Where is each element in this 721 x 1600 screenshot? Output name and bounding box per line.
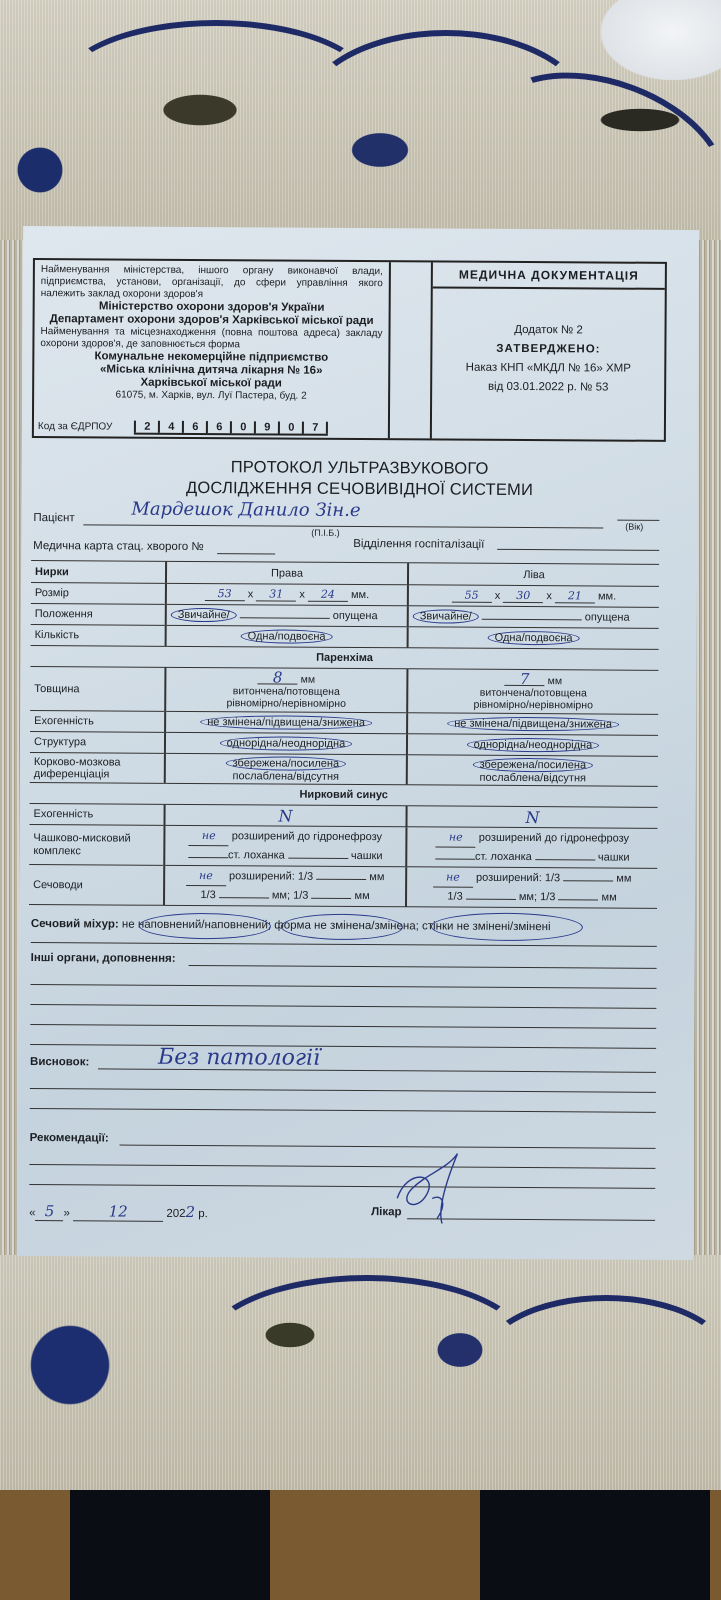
table-row: Чашково-мисковий комплекс не розширений … (29, 824, 657, 868)
appendix-label: Додаток № 2 (432, 320, 664, 340)
left-size[interactable]: 55 х 30 х 21 мм. (408, 585, 659, 608)
left-cls[interactable]: не розширений до гідронефрозу ст. лоханк… (406, 827, 657, 869)
left-count-option[interactable]: Одна/подвоєна (488, 631, 580, 646)
right-sinus-echo[interactable]: N (278, 806, 292, 825)
fabric-background-top (0, 0, 721, 240)
times-sign: х (299, 589, 305, 601)
year-prefix: 202 (166, 1208, 185, 1220)
edrpou-digit: 6 (206, 421, 230, 433)
approved-label: ЗАТВЕРДЖЕНО: (432, 339, 664, 359)
calyces-label: чашки (598, 851, 630, 863)
pelvis-label: ст. лоханка (475, 851, 532, 863)
plastic-bag (601, 0, 721, 80)
right-position[interactable]: Звичайне/ опущена (166, 604, 408, 626)
ureter-third: 1/3 (447, 891, 462, 903)
bladder-label: Сечовий міхур: (31, 918, 119, 931)
cm-diff-label-2: диференціація (34, 768, 160, 781)
ureter-third: мм; 1/3 (272, 889, 309, 901)
table-row: Сечоводи не розширений: 1/3 мм 1/3 мм; 1… (29, 864, 657, 908)
order-date: від 03.01.2022 р. № 53 (432, 377, 664, 397)
left-ureter-value[interactable]: не (433, 868, 473, 887)
structure-label: Структура (30, 731, 165, 753)
ureter-third: мм; 1/3 (519, 891, 556, 903)
count-label: Кількість (31, 624, 166, 646)
position-normal-option[interactable]: Звичайне/ (171, 608, 237, 622)
right-cls-value[interactable]: не (189, 827, 229, 846)
cm-diff-options-2: послаблена/відсутня (170, 769, 402, 782)
right-size-length[interactable]: 53 (205, 587, 245, 601)
unit-label: мм (354, 890, 369, 902)
order-label: Наказ КНП «МКДЛ № 16» ХМР (432, 358, 664, 378)
cls-label-1: Чашково-мисковий (33, 832, 159, 846)
size-label: Розмір (31, 582, 166, 604)
left-ureter[interactable]: не розширений: 1/3 мм 1/3 мм; 1/3 мм (406, 867, 657, 909)
right-thickness-value[interactable]: 8 (258, 671, 298, 684)
times-sign: х (495, 590, 501, 602)
edrpou-digit: 6 (182, 421, 206, 433)
right-ureter-value[interactable]: не (186, 867, 226, 886)
header-divider (392, 262, 433, 438)
name-caption: (П.І.Б.) (311, 528, 339, 538)
facility-address: 61075, м. Харків, вул. Луї Пастера, буд.… (40, 389, 382, 403)
edrpou-digit: 2 (134, 421, 158, 433)
right-structure-option[interactable]: однорідна/неоднорідна (220, 736, 353, 751)
ultrasound-protocol-document: Найменування міністерства, іншого органу… (17, 226, 699, 1260)
left-size-depth[interactable]: 21 (555, 589, 595, 603)
left-sinus-echo[interactable]: N (525, 808, 539, 827)
table-row: Товщина 8 мм витончена/потовщена рівномі… (30, 666, 658, 714)
right-thickness[interactable]: 8 мм витончена/потовщена рівномірно/нері… (165, 667, 407, 712)
left-size-length[interactable]: 55 (452, 589, 492, 603)
edrpou-digit: 0 (278, 422, 302, 434)
date-day[interactable]: 5 (35, 1202, 63, 1221)
left-thickness-value[interactable]: 7 (505, 672, 545, 685)
unit-label: мм (616, 873, 631, 885)
patient-name[interactable]: Мардешок Данило Зін.е (131, 499, 360, 521)
right-size-width[interactable]: 31 (256, 587, 296, 601)
bladder-selection-circle-2 (281, 914, 403, 941)
left-thickness[interactable]: 7 мм витончена/потовщена рівномірно/нері… (407, 669, 658, 715)
cm-diff-label: Корково-мозкова диференціація (30, 752, 165, 783)
edrpou-label: Код за ЄДРПОУ (38, 421, 113, 433)
other-organs-label: Інші органи, доповнення: (31, 952, 176, 965)
right-size-depth[interactable]: 24 (308, 588, 348, 602)
facility-hint: Найменування та місцезнаходження (повна … (40, 326, 382, 352)
right-size[interactable]: 53 х 31 х 24 мм. (166, 583, 408, 605)
right-ureter[interactable]: не розширений: 1/3 мм 1/3 мм; 1/3 мм (164, 865, 406, 906)
bladder-selection-circle-3 (431, 912, 583, 941)
ureter-text: розширений: 1/3 (476, 872, 560, 885)
ureters-label: Сечоводи (29, 864, 164, 905)
kidneys-header: Нирки (31, 560, 166, 583)
date-field: «5» 12 2022 р. (29, 1202, 208, 1222)
left-kidney-header: Ліва (408, 563, 659, 587)
document-title: ПРОТОКОЛ УЛЬТРАЗВУКОВОГО ДОСЛІДЖЕННЯ СЕЧ… (21, 456, 697, 502)
ureter-third: 1/3 (200, 889, 215, 901)
hospital-department-label: Відділення госпіталізації (353, 538, 484, 551)
kidney-exam-table: Нирки Права Ліва Розмір 53 х 31 х 24 мм.… (29, 560, 659, 909)
position-label: Положення (31, 603, 166, 625)
edrpou-digit: 9 (254, 421, 278, 433)
pelvis-label: ст. лоханка (228, 849, 285, 861)
quote-close: » (63, 1207, 69, 1219)
bladder-selection-circle-1 (139, 913, 271, 940)
right-kidney-header: Права (166, 561, 408, 584)
unit-label: мм (301, 673, 316, 685)
left-cm-diff-option[interactable]: збережена/посилена (473, 757, 594, 772)
cls-label: Чашково-мисковий комплекс (29, 824, 164, 865)
unit-label: мм (601, 891, 616, 903)
cm-diff-label-1: Корково-мозкова (34, 756, 160, 769)
conclusion-handwritten[interactable]: Без патології (158, 1045, 320, 1071)
position-lowered-option[interactable]: опущена (333, 610, 378, 622)
floor (0, 1490, 721, 1600)
cls-text: розширений до гідронефрозу (479, 832, 629, 845)
right-cm-diff[interactable]: збережена/посилена послаблена/відсутня (165, 753, 407, 784)
header-block: Найменування міністерства, іншого органу… (32, 258, 667, 442)
times-sign: х (546, 590, 552, 602)
thickness-label: Товщина (30, 666, 165, 711)
cm-diff-options-2: послаблена/відсутня (412, 771, 654, 784)
ministry-hint: Найменування міністерства, іншого органу… (41, 264, 383, 302)
sinus-echo-label: Exогенність (29, 803, 164, 825)
date-year-digit[interactable]: 2 (185, 1203, 195, 1221)
patient-label: Пацієнт (33, 512, 74, 524)
age-caption: (Вік) (625, 522, 643, 532)
unit-label: мм. (351, 589, 369, 601)
left-echo-option[interactable]: не змінена/підвищена/знижена (447, 717, 619, 732)
right-count-option[interactable]: Одна/подвоєна (241, 629, 333, 644)
edrpou-code: Код за ЄДРПОУ 24660907 (38, 420, 329, 436)
right-cls[interactable]: не розширений до гідронефрозу ст. лоханк… (164, 825, 406, 866)
edrpou-digit: 7 (302, 422, 328, 434)
cls-text: розширений до гідронефрозу (232, 830, 382, 843)
position-lowered-option[interactable]: опущена (585, 611, 630, 623)
position-normal-option[interactable]: Звичайне/ (413, 609, 479, 623)
title-line-2: ДОСЛІДЖЕННЯ СЕЧОВИВІДНОЇ СИСТЕМИ (21, 477, 697, 502)
left-structure-option[interactable]: однорідна/неоднорідна (467, 738, 600, 753)
thickness-options-2: рівномірно/нерівномірно (412, 698, 654, 711)
medical-documentation-label: МЕДИЧНА ДОКУМЕНТАЦІЯ (433, 262, 665, 289)
edrpou-digit: 4 (158, 421, 182, 433)
approval-block: МЕДИЧНА ДОКУМЕНТАЦІЯ Додаток № 2 ЗАТВЕРД… (432, 262, 665, 439)
ureter-text: розширений: 1/3 (229, 870, 313, 883)
right-echo-option[interactable]: не змінена/підвищена/знижена (200, 715, 372, 730)
left-cls-value[interactable]: не (436, 828, 476, 847)
thickness-options-2: рівномірно/нерівномірно (170, 696, 402, 709)
date-month[interactable]: 12 (73, 1202, 163, 1222)
unit-label: мм. (598, 590, 616, 602)
doctor-signature[interactable] (387, 1148, 467, 1228)
left-size-width[interactable]: 30 (503, 589, 543, 603)
parenchyma-echo-label: Exогенність (30, 710, 165, 732)
conclusion-label: Висновок: (30, 1056, 89, 1068)
facility-info: Найменування міністерства, іншого органу… (34, 260, 391, 438)
unit-label: мм (548, 675, 563, 687)
left-position[interactable]: Звичайне/ опущена (408, 606, 659, 629)
right-cm-diff-option[interactable]: збережена/посилена (226, 756, 347, 771)
cls-label-2: комплекс (33, 845, 159, 859)
table-row: Корково-мозкова диференціація збережена/… (30, 752, 658, 786)
left-cm-diff[interactable]: збережена/посилена послаблена/відсутня (407, 755, 658, 787)
unit-label: мм (369, 871, 384, 883)
medical-card-label: Медична карта стац. хворого № (33, 540, 204, 553)
edrpou-digits: 24660907 (134, 421, 328, 436)
edrpou-digit: 0 (230, 421, 254, 433)
times-sign: х (248, 588, 254, 600)
year-suffix: р. (198, 1208, 208, 1220)
calyces-label: чашки (351, 850, 383, 862)
recommendations-label: Рекомендації: (30, 1132, 109, 1144)
